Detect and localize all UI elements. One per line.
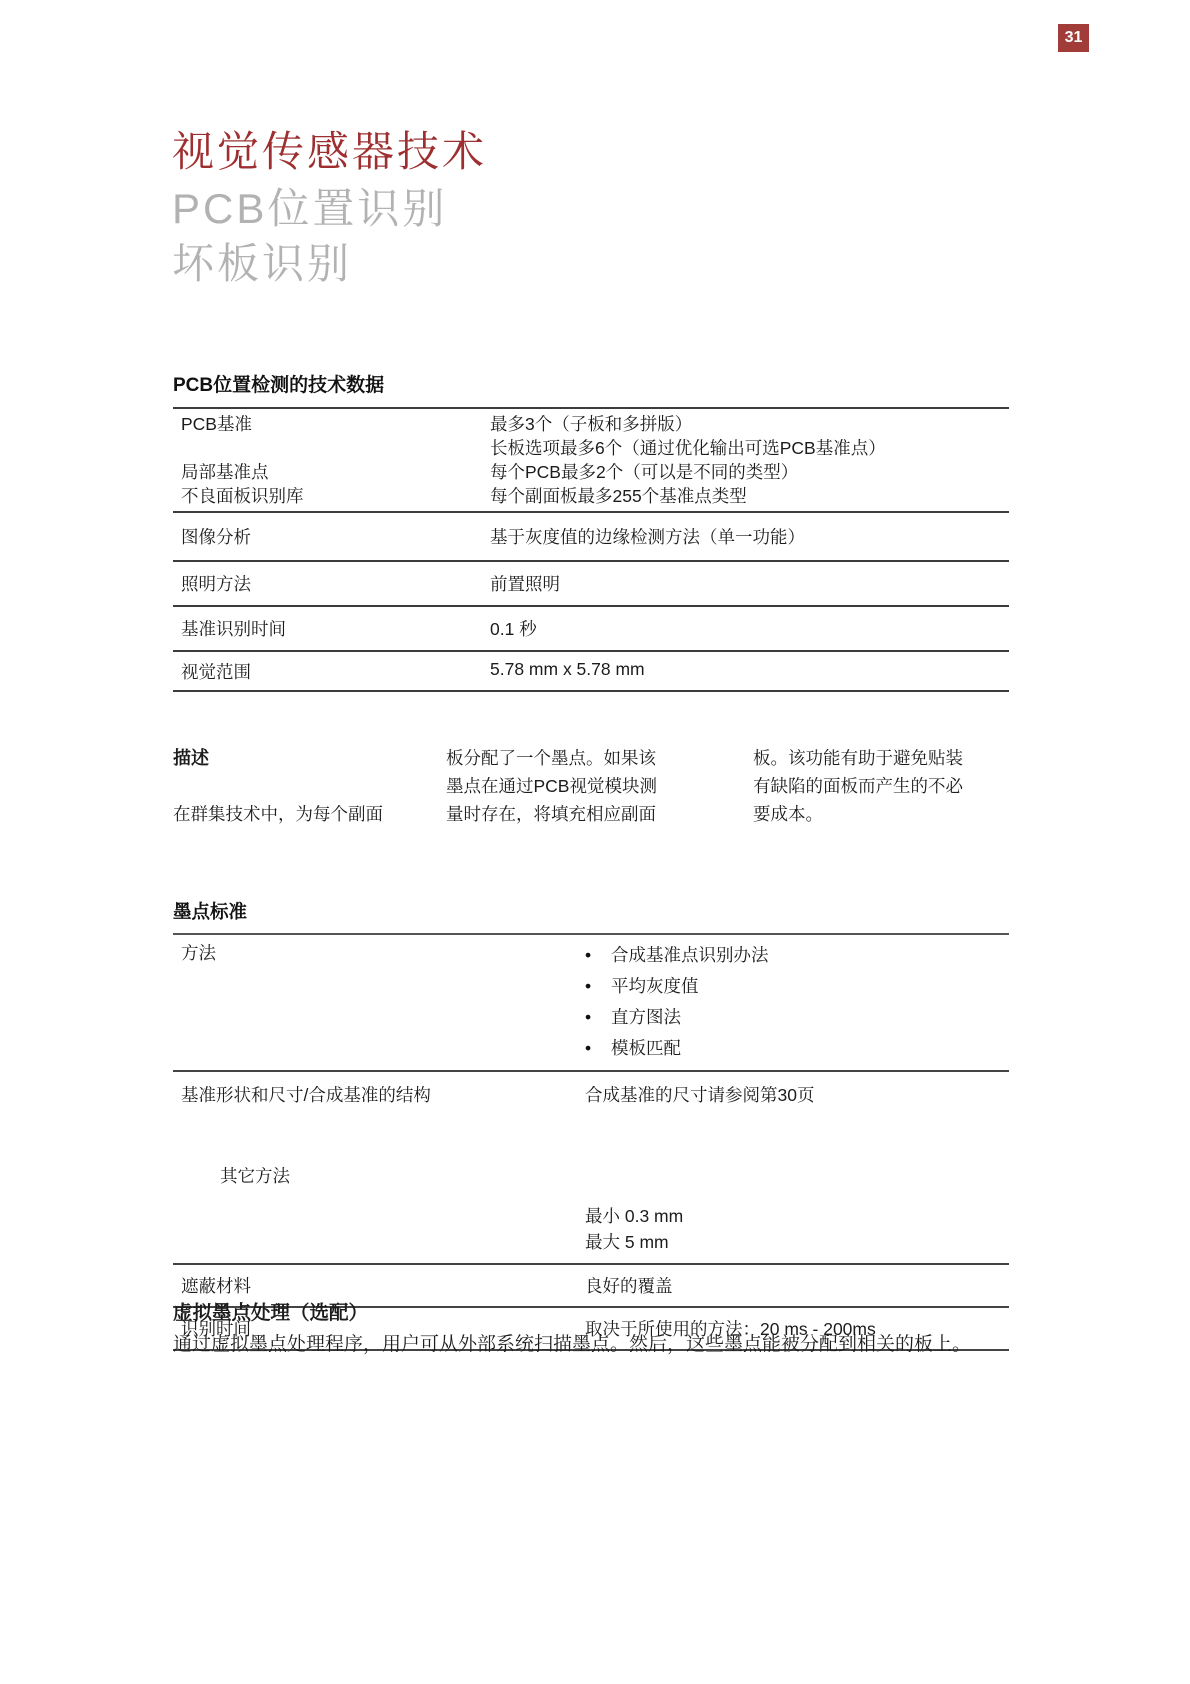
row-value: 每个副面板最多255个基准点类型 [490, 484, 1009, 508]
row-value-group: 最小 0.3 mm 最大 5 mm [585, 1189, 1009, 1255]
bullet-text: 模板匹配 [611, 1038, 681, 1058]
table1-heading: PCB位置检测的技术数据 [173, 370, 384, 397]
row-value: 5.78 mm x 5.78 mm [490, 659, 1009, 684]
description-text: 量时存在，将填充相应副面 [446, 800, 731, 828]
row-value: 最多3个（子板和多拼版） [490, 412, 1009, 436]
description-text: 墨点在通过PCB视觉模块测 [446, 772, 731, 800]
page-subtitle-2: 坏板识别 [172, 236, 487, 291]
row-value: 最大 5 mm [585, 1229, 1009, 1255]
row-label: 基准识别时间 [173, 616, 490, 641]
title-block: 视觉传感器技术 PCB位置识别 坏板识别 [172, 126, 487, 291]
table-row-image-analysis: 图像分析 基于灰度值的边缘检测方法（单一功能） [173, 513, 1009, 562]
row-value: 合成基准的尺寸请参阅第30页 [585, 1082, 1009, 1107]
table-row-fiducials: PCB基准 局部基准点 不良面板识别库 最多3个（子板和多拼版） 长板选项最多6… [173, 409, 1009, 513]
description-text: 要成本。 [753, 800, 1038, 828]
description-column-2: 板分配了一个墨点。如果该 墨点在通过PCB视觉模块测 量时存在，将填充相应副面 [446, 744, 731, 828]
table-row-other-methods: 其它方法 最小 0.3 mm 最大 5 mm [173, 1119, 1009, 1265]
bullet-item: •合成基准点识别办法 [585, 940, 1009, 971]
description-text: 在群集技术中，为每个副面 [173, 800, 458, 828]
table-row-illumination: 照明方法 前置照明 [173, 562, 1009, 607]
bullet-icon: • [585, 940, 611, 971]
description-column-3: 板。该功能有助于避免贴装 有缺陷的面板而产生的不必 要成本。 [753, 744, 1038, 828]
row-label [181, 436, 490, 460]
row-value: 良好的覆盖 [585, 1273, 1009, 1298]
row-value: 每个PCB最多2个（可以是不同的类型） [490, 460, 1009, 484]
row-label-group: PCB基准 局部基准点 不良面板识别库 [173, 412, 490, 508]
row-value-group: •合成基准点识别办法 •平均灰度值 •直方图法 •模板匹配 [585, 940, 1009, 1064]
row-label: PCB基准 [181, 412, 490, 436]
page-title: 视觉传感器技术 [172, 126, 487, 181]
table-pcb-position-data: PCB基准 局部基准点 不良面板识别库 最多3个（子板和多拼版） 长板选项最多6… [173, 407, 1009, 692]
bullet-item: •直方图法 [585, 1002, 1009, 1033]
bullet-text: 合成基准点识别办法 [611, 945, 769, 965]
document-page: 31 视觉传感器技术 PCB位置识别 坏板识别 PCB位置检测的技术数据 PCB… [0, 0, 1190, 1684]
bullet-item: •平均灰度值 [585, 971, 1009, 1002]
row-value: 最小 0.3 mm [585, 1203, 1009, 1229]
row-label: 不良面板识别库 [181, 484, 490, 508]
table-row-fiducial-shape: 基准形状和尺寸/合成基准的结构 合成基准的尺寸请参阅第30页 [173, 1072, 1009, 1119]
page-number-badge: 31 [1058, 24, 1089, 52]
description-text: 板分配了一个墨点。如果该 [446, 744, 731, 772]
table2-heading: 墨点标准 [173, 898, 247, 924]
bullet-icon: • [585, 1002, 611, 1033]
row-label: 基准形状和尺寸/合成基准的结构 [173, 1082, 585, 1107]
virtual-badmark-heading: 虚拟墨点处理（选配） [173, 1297, 368, 1325]
description-column-1: 描述 在群集技术中，为每个副面 [173, 744, 458, 828]
row-label: 遮蔽材料 [173, 1273, 585, 1298]
description-text: 板。该功能有助于避免贴装 [753, 744, 1038, 772]
description-text: 有缺陷的面板而产生的不必 [753, 772, 1038, 800]
virtual-badmark-body: 通过虚拟墨点处理程序，用户可从外部系统扫描墨点。然后，这些墨点能被分配到相关的板… [173, 1331, 1025, 1358]
row-label: 视觉范围 [173, 659, 490, 684]
description-heading: 描述 [173, 744, 458, 772]
spacer [173, 772, 458, 800]
row-value: 0.1 秒 [490, 616, 1009, 641]
row-label: 照明方法 [173, 571, 490, 596]
row-label: 方法 [173, 940, 585, 1064]
row-label: 局部基准点 [181, 460, 490, 484]
table-badmark-standard: 方法 •合成基准点识别办法 •平均灰度值 •直方图法 •模板匹配 基准形状和尺寸… [173, 933, 1009, 1351]
bullet-item: •模板匹配 [585, 1033, 1009, 1064]
table-row-vision-range: 视觉范围 5.78 mm x 5.78 mm [173, 652, 1009, 692]
row-label: 图像分析 [173, 524, 490, 549]
table-row-recognition-time: 基准识别时间 0.1 秒 [173, 607, 1009, 652]
row-value: 前置照明 [490, 571, 1009, 596]
page-subtitle-1: PCB位置识别 [172, 181, 487, 236]
table-row-methods: 方法 •合成基准点识别办法 •平均灰度值 •直方图法 •模板匹配 [173, 935, 1009, 1072]
bullet-icon: • [585, 1033, 611, 1064]
bullet-text: 直方图法 [611, 1007, 681, 1027]
bullet-icon: • [585, 971, 611, 1002]
row-label: 其它方法 [173, 1119, 1009, 1189]
bullet-text: 平均灰度值 [611, 976, 699, 996]
row-value-group: 最多3个（子板和多拼版） 长板选项最多6个（通过优化输出可选PCB基准点） 每个… [490, 412, 1009, 508]
row-value: 基于灰度值的边缘检测方法（单一功能） [490, 524, 1009, 549]
row-value: 长板选项最多6个（通过优化输出可选PCB基准点） [490, 436, 1009, 460]
